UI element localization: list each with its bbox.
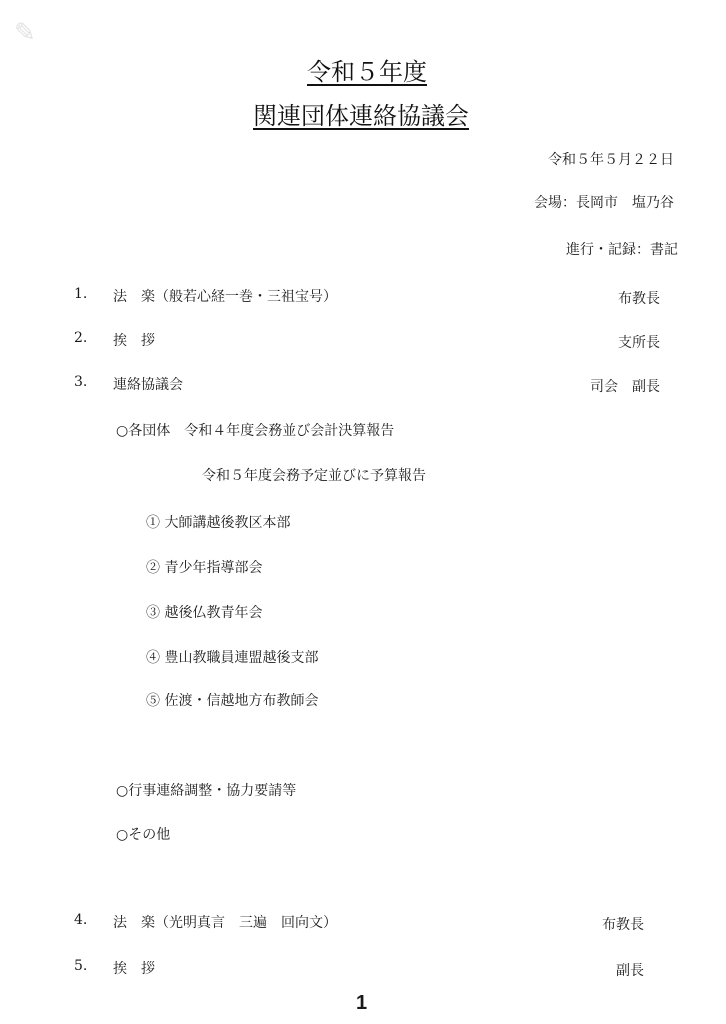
other-item-coordination: ○行事連絡調整・協力要請等	[116, 780, 296, 800]
agenda-number: 1.	[74, 286, 87, 302]
meeting-date: 令和５年５月２２日	[548, 149, 674, 169]
agenda-label: 法 楽（般若心経一巻・三祖宝号）	[113, 286, 337, 306]
other-item-misc: ○その他	[116, 824, 170, 844]
title-meeting: 関連団体連絡協議会	[253, 96, 469, 131]
handwritten-mark: ✎	[14, 18, 40, 52]
agenda-role: 支所長	[618, 332, 660, 352]
reports-second-line: 令和５年度会務予定並びに予算報告	[202, 465, 426, 485]
group-item: ① 大師講越後教区本部	[146, 512, 290, 532]
group-item: ⑤ 佐渡・信越地方布教師会	[146, 690, 318, 710]
meeting-venue: 会場：長岡市 塩乃谷	[534, 192, 674, 212]
agenda-role: 布教長	[602, 914, 644, 934]
title-year: 令和５年度	[307, 52, 427, 87]
group-item: ② 青少年指導部会	[146, 557, 262, 577]
agenda-label: 連絡協議会	[113, 374, 183, 394]
agenda-number: 4.	[74, 912, 87, 928]
agenda-role: 司会 副長	[590, 376, 660, 396]
agenda-label: 挨 拶	[113, 330, 155, 350]
agenda-role: 副長	[616, 960, 644, 980]
agenda-label: 法 楽（光明真言 三遍 回向文）	[113, 912, 337, 932]
meeting-host: 進行・記録：書記	[566, 239, 678, 259]
agenda-number: 3.	[74, 374, 87, 390]
agenda-number: 2.	[74, 330, 87, 346]
group-item: ③ 越後仏教青年会	[146, 602, 262, 622]
agenda-role: 布教長	[618, 288, 660, 308]
page-number: 1	[356, 992, 367, 1015]
agenda-label: 挨 拶	[113, 958, 155, 978]
reports-heading: ○各団体 令和４年度会務並び会計決算報告	[116, 420, 394, 440]
agenda-number: 5.	[74, 958, 87, 974]
group-item: ④ 豊山教職員連盟越後支部	[146, 647, 318, 667]
